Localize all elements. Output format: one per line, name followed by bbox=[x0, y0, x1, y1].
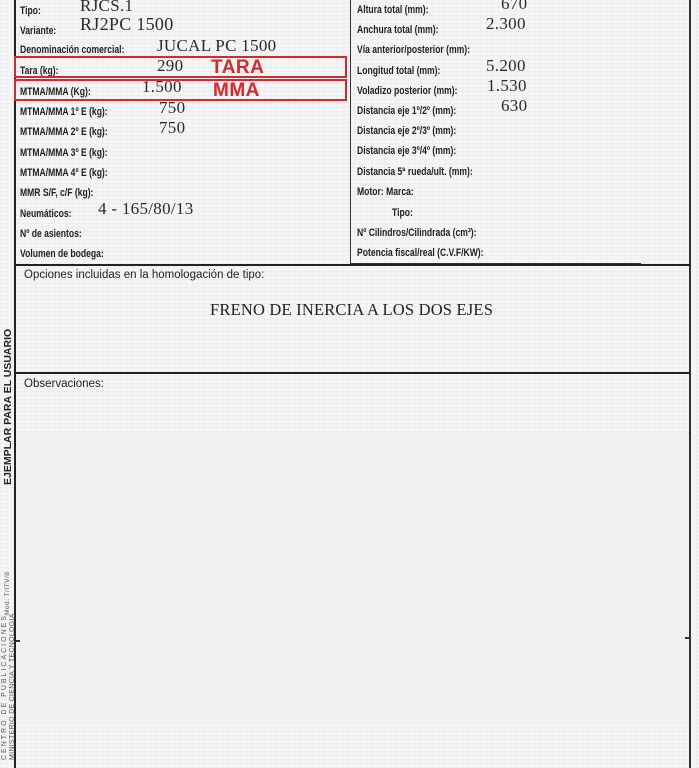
field-value-denominacion: JUCAL PC 1500 bbox=[157, 36, 276, 56]
field-label-distancia-2-3: Distancia eje 2º/3º (mm): bbox=[357, 125, 456, 137]
field-label-asientos: Nº de asientos: bbox=[20, 228, 82, 240]
field-value-anchura: 2.300 bbox=[486, 14, 526, 34]
field-label-bodega: Volumen de bodega: bbox=[20, 248, 104, 260]
field-label-longitud: Longitud total (mm): bbox=[357, 65, 440, 77]
field-value-longitud: 5.200 bbox=[486, 56, 526, 76]
field-value-altura: 670 bbox=[501, 0, 527, 14]
field-label-motor-tipo: Tipo: bbox=[392, 207, 413, 219]
redacted-area bbox=[16, 432, 689, 724]
section-divider-options bbox=[14, 264, 691, 266]
right-column-bottom-line bbox=[350, 263, 641, 264]
section-divider-observations bbox=[14, 372, 691, 374]
mma-highlight-box bbox=[14, 79, 347, 101]
field-label-mma-3e: MTMA/MMA 3º E (kg): bbox=[20, 147, 108, 159]
field-label-voladizo: Voladizo posterior (mm): bbox=[357, 85, 457, 97]
copy-label-vertical: EJEMPLAR PARA EL USUARIO bbox=[2, 329, 14, 485]
field-value-mma-1e: 750 bbox=[159, 98, 185, 118]
field-label-potencia: Potencia fiscal/real (C.V.F/KW): bbox=[357, 247, 484, 259]
field-label-cilindros: Nº Cilindros/Cilindrada (cm³): bbox=[357, 227, 476, 239]
column-divider bbox=[350, 0, 351, 265]
options-value: FRENO DE INERCIA A LOS DOS EJES bbox=[210, 300, 493, 320]
field-label-tipo: Tipo: bbox=[20, 5, 41, 17]
options-label: Opciones incluidas en la homologación de… bbox=[24, 269, 264, 281]
publisher-line-1-vertical: CENTRO DE PUBLICACIONES bbox=[1, 614, 8, 760]
field-value-neumaticos: 4 - 165/80/13 bbox=[98, 199, 194, 219]
field-label-anchura: Anchura total (mm): bbox=[357, 24, 439, 36]
field-value-mma-2e: 750 bbox=[159, 118, 185, 138]
field-label-mma-1e: MTMA/MMA 1º E (kg): bbox=[20, 106, 108, 118]
observations-label: Observaciones: bbox=[24, 378, 104, 390]
field-label-distancia-3-4: Distancia eje 3º/4º (mm): bbox=[357, 145, 456, 157]
field-value-distancia-1-2: 630 bbox=[501, 96, 527, 116]
field-label-altura: Altura total (mm): bbox=[357, 4, 429, 16]
tara-highlight-box bbox=[14, 56, 347, 78]
field-value-voladizo: 1.530 bbox=[487, 76, 527, 96]
fold-mark-left bbox=[16, 640, 20, 642]
field-label-motor-marca: Motor: Marca: bbox=[357, 186, 414, 198]
publisher-line-2-vertical: MINISTERIO DE CIENCIA Y TECNOLOGIA bbox=[9, 613, 16, 760]
field-label-distancia-5-rueda: Distancia 5ª rueda/ult. (mm): bbox=[357, 166, 473, 178]
field-value-variante: RJ2PC 1500 bbox=[80, 14, 174, 35]
field-label-denominacion: Denominación comercial: bbox=[20, 44, 124, 56]
model-code-vertical: Mod. T/ITV/8 bbox=[4, 572, 11, 615]
field-label-mmr: MMR S/F, c/F (kg): bbox=[20, 187, 93, 199]
field-label-mma-4e: MTMA/MMA 4º E (kg): bbox=[20, 167, 108, 179]
mma-annotation: MMA bbox=[213, 80, 260, 102]
field-label-mma-2e: MTMA/MMA 2º E (kg): bbox=[20, 126, 108, 138]
field-label-neumaticos: Neumáticos: bbox=[20, 208, 72, 220]
fold-mark-right bbox=[685, 637, 689, 639]
field-label-via: Vía anterior/posterior (mm): bbox=[357, 44, 470, 56]
field-label-distancia-1-2: Distancia eje 1º/2º (mm): bbox=[357, 105, 456, 117]
field-label-variante: Variante: bbox=[20, 25, 56, 37]
form-border-right bbox=[689, 0, 691, 768]
tara-annotation: TARA bbox=[211, 57, 264, 79]
